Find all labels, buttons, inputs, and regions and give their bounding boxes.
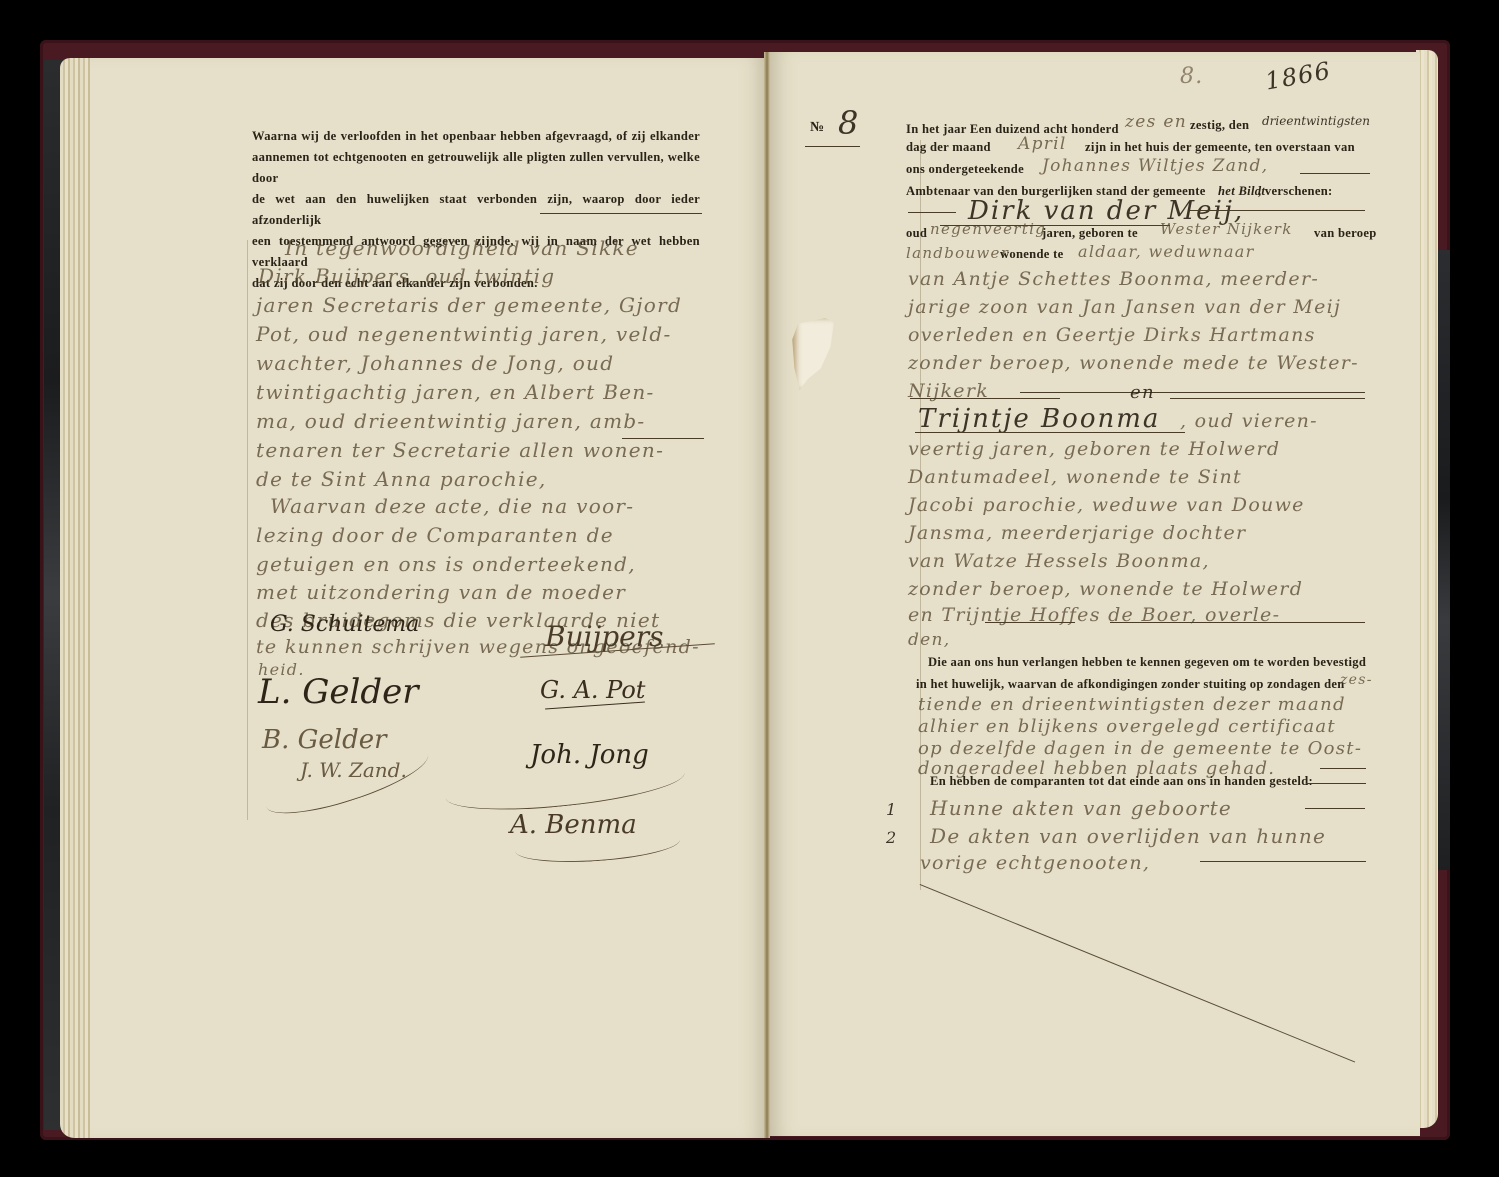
groom-age: negenveertig <box>930 220 1046 238</box>
handwritten-line: op dezelfde dagen in de gemeente te Oost… <box>918 738 1362 759</box>
printed-text: in het huwelijk, waarvan de afkondiginge… <box>916 677 1345 692</box>
signature: B. Gelder <box>262 725 387 755</box>
handwritten-line: ma, oud drieentwintig jaren, amb- <box>256 409 646 433</box>
handwritten-line: In tegenwoordigheid van Sikke <box>285 236 639 260</box>
printed-line: Waarna wij de verloofden in het openbaar… <box>252 126 700 147</box>
page-edges-left <box>60 58 94 1138</box>
printed-text: wonende te <box>1000 247 1064 262</box>
handwritten-line: getuigen en ons is onderteekend, <box>256 552 636 576</box>
signature: L. Gelder <box>258 672 419 712</box>
handwritten-line: zonder beroep, wonende te Holwerd <box>908 578 1303 600</box>
fill-rule <box>985 622 1075 623</box>
signature: G. Schuitema <box>270 612 419 637</box>
document-item: De akten van overlijden van hunne <box>930 824 1326 848</box>
handwritten-line: Jansma, meerderjarige dochter <box>908 522 1246 544</box>
printed-text: En hebben de comparanten tot dat einde a… <box>930 774 1313 789</box>
fill-rule <box>622 438 704 439</box>
groom-residence: aldaar, weduwnaar <box>1078 242 1255 261</box>
printed-text: In het jaar Een duizend acht honderd <box>906 118 1119 138</box>
handwritten-line: met uitzondering van de moeder <box>256 580 626 604</box>
handwritten-line: tiende en drieentwintigsten dezer maand <box>918 694 1346 715</box>
handwritten-line: zonder beroep, wonende mede te Wester- <box>908 352 1359 374</box>
handwritten-line: alhier en blijkens overgelegd certificaa… <box>918 716 1336 737</box>
handwritten-line: de te Sint Anna parochie, <box>256 467 547 491</box>
handwritten-day: drieentwintigsten <box>1262 114 1370 128</box>
handwritten-line: wachter, Johannes de Jong, oud <box>256 351 614 375</box>
handwritten-line: zes- <box>1340 672 1373 688</box>
fill-rule <box>540 213 702 214</box>
groom-birthplace: Wester Nijkerk <box>1160 220 1293 238</box>
act-number-label: № <box>810 120 824 136</box>
item-number: 1 <box>886 800 897 819</box>
handwritten-line: van Watze Hessels Boonma, <box>908 550 1210 572</box>
document-item: vorige echtgenooten, <box>920 852 1150 874</box>
handwritten-line: twintigachtig jaren, en Albert Ben- <box>256 380 655 404</box>
fill-rule <box>1170 398 1365 399</box>
handwritten-line: tenaren ter Secretarie allen wonen- <box>256 438 664 462</box>
handwritten-line: van Antje Schettes Boonma, meerder- <box>908 268 1319 290</box>
page-mark: 8. <box>1180 64 1204 89</box>
fill-rule <box>1305 808 1365 809</box>
printed-text: dag der maand <box>906 140 991 155</box>
fill-rule <box>1306 783 1366 784</box>
conjunction-en: en <box>1130 382 1155 403</box>
handwritten-line: overleden en Geertje Dirks Hartmans <box>908 324 1316 346</box>
name-underline <box>915 432 1185 433</box>
document-item: Hunne akten van geboorte <box>930 796 1232 820</box>
printed-text: jaren, geboren te <box>1042 226 1138 241</box>
printed-text: In het jaar Een duizend acht honderd <box>906 122 1119 136</box>
printed-text: oud <box>906 226 927 241</box>
handwritten-line: Waarvan deze acte, die na voor- <box>270 494 634 518</box>
margin-line <box>247 240 248 820</box>
fill-rule <box>805 146 860 147</box>
handwritten-line: lezing door de Comparanten de <box>256 523 614 547</box>
handwritten-line: den, <box>908 630 951 650</box>
fill-rule <box>910 398 1060 399</box>
handwritten-line: , oud vieren- <box>1180 410 1318 432</box>
fill-rule <box>1110 622 1365 623</box>
printed-line: de wet aan den huwelijken staat verbonde… <box>252 189 700 231</box>
groom-occupation: landbouwer <box>906 244 1009 262</box>
handwritten-official: Johannes Wiltjes Zand, <box>1042 156 1268 176</box>
printed-text: van beroep <box>1314 226 1377 241</box>
fill-rule <box>1300 173 1370 174</box>
printed-text: zijn in het huis der gemeente, ten overs… <box>1085 140 1355 155</box>
fill-rule <box>1200 861 1366 862</box>
handwritten-line: Pot, oud negenentwintig jaren, veld- <box>256 322 672 346</box>
fill-rule <box>1320 768 1366 769</box>
printed-text: ons ondergeteekende <box>906 162 1024 177</box>
handwritten-line: jarige zoon van Jan Jansen van der Meij <box>908 296 1341 318</box>
item-number: 2 <box>886 828 897 847</box>
fill-rule <box>1190 210 1365 211</box>
act-number-value: 8 <box>838 104 860 142</box>
handwritten-line: Dirk Buijpers, oud twintig <box>258 264 555 288</box>
fill-rule <box>908 212 956 213</box>
printed-text: zestig, den <box>1190 118 1249 133</box>
printed-text: Die aan ons hun verlangen hebben te kenn… <box>928 655 1366 670</box>
printed-line: aannemen tot echtgenooten en getrouwelij… <box>252 147 700 189</box>
handwritten-year: zes en <box>1125 112 1187 132</box>
signature: G. A. Pot <box>540 676 645 704</box>
handwritten-line: jaren Secretaris der gemeente, Gjord <box>256 293 682 317</box>
fill-rule <box>1020 392 1365 393</box>
handwritten-month: April <box>1018 134 1067 154</box>
marbled-endpaper-right <box>1436 250 1450 870</box>
bride-name: Trijntje Boonma <box>918 404 1160 434</box>
handwritten-line: Jacobi parochie, weduwe van Douwe <box>908 494 1305 516</box>
handwritten-line: veertig jaren, geboren te Holwerd <box>908 438 1280 460</box>
printed-text: , verschenen: <box>1258 184 1333 199</box>
handwritten-line: Dantumadeel, wonende te Sint <box>908 466 1242 488</box>
